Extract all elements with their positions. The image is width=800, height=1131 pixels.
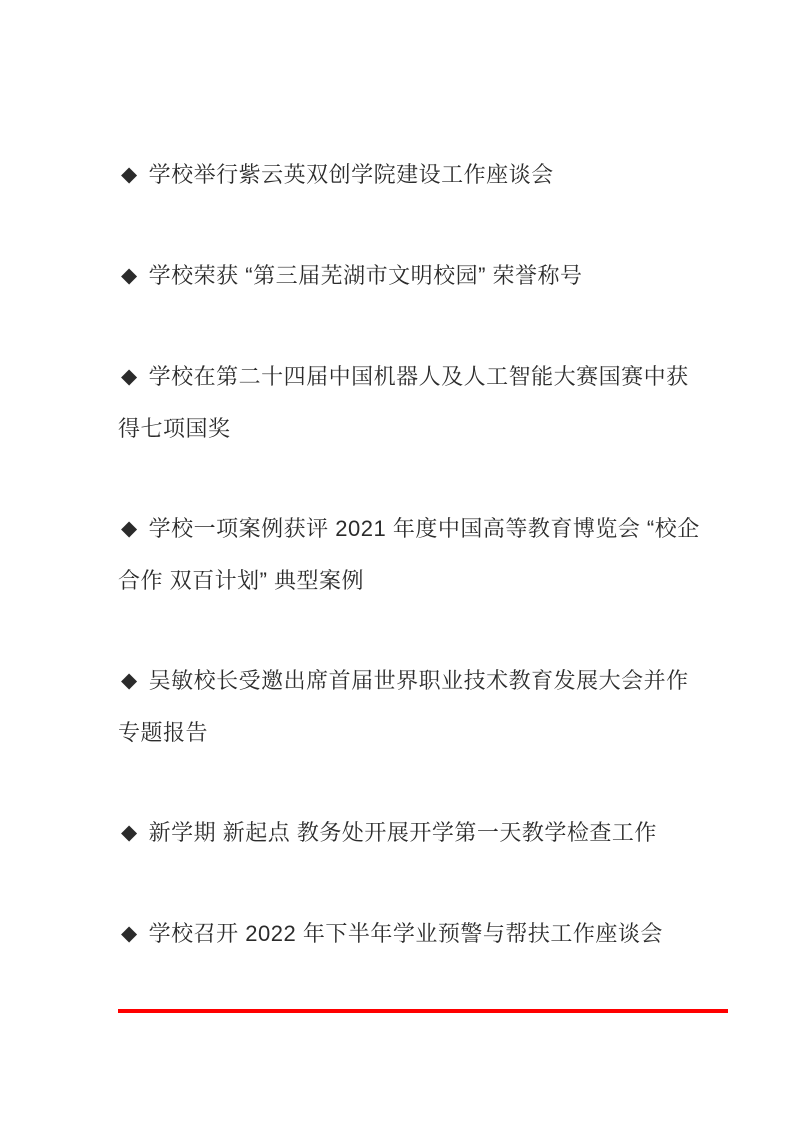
news-item: ◆新学期 新起点 教务处开展开学第一天教学检查工作 (118, 807, 705, 859)
news-item-line: ◆学校一项案例获评 2021 年度中国高等教育博览会 “校企 (118, 503, 705, 555)
news-item: ◆吴敏校长受邀出席首届世界职业技术教育发展大会并作 专题报告 (118, 655, 705, 758)
news-item-line: ◆新学期 新起点 教务处开展开学第一天教学检查工作 (118, 807, 705, 859)
news-item: ◆学校举行紫云英双创学院建设工作座谈会 (118, 149, 705, 201)
news-item-line: ◆学校举行紫云英双创学院建设工作座谈会 (118, 149, 705, 201)
news-item-line: ◆学校在第二十四届中国机器人及人工智能大赛国赛中获 (118, 351, 705, 403)
news-item: ◆学校荣获 “第三届芜湖市文明校园” 荣誉称号 (118, 250, 705, 302)
diamond-bullet-icon: ◆ (121, 655, 138, 706)
news-item-text: 学校一项案例获评 2021 年度中国高等教育博览会 “校企 (149, 516, 700, 541)
news-item-text: 学校举行紫云英双创学院建设工作座谈会 (149, 162, 554, 187)
news-item-text: 吴敏校长受邀出席首届世界职业技术教育发展大会并作 (149, 668, 689, 693)
news-item-line: ◆吴敏校长受邀出席首届世界职业技术教育发展大会并作 (118, 655, 705, 707)
news-item: ◆学校在第二十四届中国机器人及人工智能大赛国赛中获 得七项国奖 (118, 351, 705, 454)
news-item-text: 学校召开 2022 年下半年学业预警与帮扶工作座谈会 (149, 921, 663, 946)
news-item-line: ◆学校荣获 “第三届芜湖市文明校园” 荣誉称号 (118, 250, 705, 302)
document-page: ◆学校举行紫云英双创学院建设工作座谈会 ◆学校荣获 “第三届芜湖市文明校园” 荣… (0, 0, 800, 1131)
red-divider-line (118, 1009, 728, 1013)
diamond-bullet-icon: ◆ (121, 250, 138, 301)
news-item-line: 得七项国奖 (118, 403, 705, 454)
news-item: ◆学校召开 2022 年下半年学业预警与帮扶工作座谈会 (118, 908, 705, 960)
news-item-line: 专题报告 (118, 707, 705, 758)
diamond-bullet-icon: ◆ (121, 149, 138, 200)
news-item-text: 学校在第二十四届中国机器人及人工智能大赛国赛中获 (149, 364, 689, 389)
news-item-line: ◆学校召开 2022 年下半年学业预警与帮扶工作座谈会 (118, 908, 705, 960)
diamond-bullet-icon: ◆ (121, 503, 138, 554)
news-item-line: 合作 双百计划” 典型案例 (118, 555, 705, 606)
news-item: ◆学校一项案例获评 2021 年度中国高等教育博览会 “校企 合作 双百计划” … (118, 503, 705, 606)
diamond-bullet-icon: ◆ (121, 908, 138, 959)
diamond-bullet-icon: ◆ (121, 351, 138, 402)
news-item-text: 学校荣获 “第三届芜湖市文明校园” 荣誉称号 (149, 263, 583, 288)
diamond-bullet-icon: ◆ (121, 807, 138, 858)
news-item-text: 新学期 新起点 教务处开展开学第一天教学检查工作 (149, 820, 657, 845)
